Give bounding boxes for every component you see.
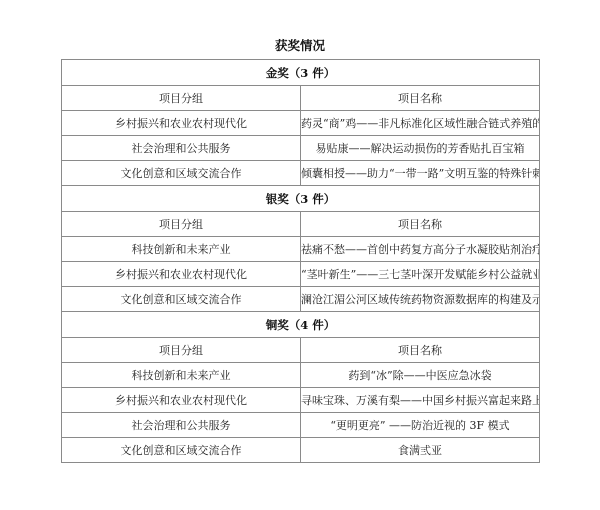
project-group: 科技创新和未来产业 [62, 237, 301, 262]
project-group: 社会治理和公共服务 [62, 136, 301, 161]
project-name: 药灵“商”鸡——非凡标准化区域性融合链式养殖的开创者 [301, 111, 540, 136]
project-name: “更明更亮” ——防治近视的 3F 模式 [301, 413, 540, 438]
section-row-bronze: 铜奖（4 件） [62, 312, 540, 338]
project-name: 易贴康——解决运动损伤的芳香贴扎百宝箱 [301, 136, 540, 161]
project-group: 乡村振兴和农业农村现代化 [62, 111, 301, 136]
table-row: 乡村振兴和农业农村现代化 药灵“商”鸡——非凡标准化区域性融合链式养殖的开创者 [62, 111, 540, 136]
project-group: 文化创意和区域交流合作 [62, 438, 301, 463]
project-group: 社会治理和公共服务 [62, 413, 301, 438]
column-header-name: 项目名称 [301, 212, 540, 237]
table-row: 科技创新和未来产业 祛痛不愁——首创中药复方高分子水凝胶贴剂治疗痛风性关节炎 [62, 237, 540, 262]
project-group: 乡村振兴和农业农村现代化 [62, 262, 301, 287]
project-name: 药到“冰”除——中医应急冰袋 [301, 363, 540, 388]
table-row: 乡村振兴和农业农村现代化 寻味宝珠、万溪有梨——中国乡村振兴富起来路上最有文化的… [62, 388, 540, 413]
project-group: 文化创意和区域交流合作 [62, 287, 301, 312]
project-name: 澜沧江湄公河区域传统药物资源数据库的构建及示范应用 [301, 287, 540, 312]
project-name: “茎叶新生”——三七茎叶深开发赋能乡村公益就业助残 [301, 262, 540, 287]
project-group: 文化创意和区域交流合作 [62, 161, 301, 186]
awards-table: 金奖（3 件） 项目分组 项目名称 乡村振兴和农业农村现代化 药灵“商”鸡——非… [61, 59, 540, 463]
header-row: 项目分组 项目名称 [62, 212, 540, 237]
page-title: 获奖情况 [0, 36, 600, 54]
header-row: 项目分组 项目名称 [62, 86, 540, 111]
table-row: 文化创意和区域交流合作 澜沧江湄公河区域传统药物资源数据库的构建及示范应用 [62, 287, 540, 312]
project-name: 祛痛不愁——首创中药复方高分子水凝胶贴剂治疗痛风性关节炎 [301, 237, 540, 262]
project-name: 食满弎亚 [301, 438, 540, 463]
section-title-silver: 银奖（3 件） [62, 186, 540, 212]
table-row: 文化创意和区域交流合作 倾囊相授——助力“一带一路”文明互鉴的特殊针刺疗法推广 [62, 161, 540, 186]
section-row-gold: 金奖（3 件） [62, 60, 540, 86]
project-name: 寻味宝珠、万溪有梨——中国乡村振兴富起来路上最有文化的膏 [301, 388, 540, 413]
project-group: 科技创新和未来产业 [62, 363, 301, 388]
column-header-name: 项目名称 [301, 86, 540, 111]
column-header-name: 项目名称 [301, 338, 540, 363]
section-row-silver: 银奖（3 件） [62, 186, 540, 212]
section-title-gold: 金奖（3 件） [62, 60, 540, 86]
table-row: 文化创意和区域交流合作 食满弎亚 [62, 438, 540, 463]
table-row: 社会治理和公共服务 “更明更亮” ——防治近视的 3F 模式 [62, 413, 540, 438]
section-title-bronze: 铜奖（4 件） [62, 312, 540, 338]
column-header-group: 项目分组 [62, 86, 301, 111]
project-name: 倾囊相授——助力“一带一路”文明互鉴的特殊针刺疗法推广 [301, 161, 540, 186]
header-row: 项目分组 项目名称 [62, 338, 540, 363]
table-row: 科技创新和未来产业 药到“冰”除——中医应急冰袋 [62, 363, 540, 388]
table-row: 社会治理和公共服务 易贴康——解决运动损伤的芳香贴扎百宝箱 [62, 136, 540, 161]
project-group: 乡村振兴和农业农村现代化 [62, 388, 301, 413]
column-header-group: 项目分组 [62, 338, 301, 363]
table-row: 乡村振兴和农业农村现代化 “茎叶新生”——三七茎叶深开发赋能乡村公益就业助残 [62, 262, 540, 287]
column-header-group: 项目分组 [62, 212, 301, 237]
